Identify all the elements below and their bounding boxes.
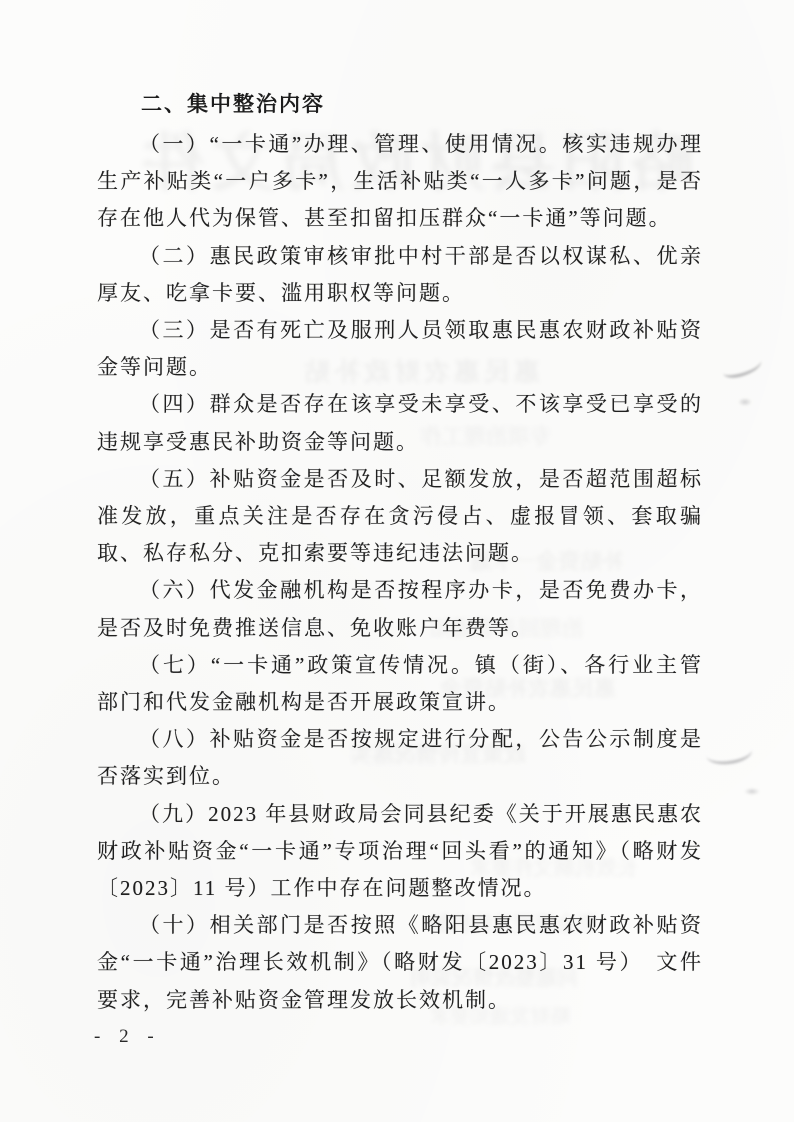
section-item-7: （七）“一卡通”政策宣传情况。镇（街）、各行业主管部门和代发金融机构是否开展政策… (97, 647, 703, 721)
page-number: - 2 - (94, 1026, 158, 1048)
section-item-5: （五）补贴资金是否及时、足额发放，是否超范围超标准发放，重点关注是否存在贪污侵占… (97, 461, 703, 573)
ink-smudge (738, 398, 752, 406)
section-item-3: （三）是否有死亡及服刑人员领取惠民惠农财政补贴资金等问题。 (97, 312, 703, 386)
ink-smudge (744, 788, 760, 795)
section-item-2: （二）惠民政策审核审批中村干部是否以权谋私、优亲厚友、吃拿卡要、滥用职权等问题。 (97, 238, 703, 312)
section-item-1: （一）“一卡通”办理、管理、使用情况。核实违规办理生产补贴类“一户多卡”，生活补… (97, 126, 703, 238)
section-item-9: （九）2023 年县财政局会同县纪委《关于开展惠民惠农财政补贴资金“一卡通”专项… (97, 796, 703, 908)
ink-smudge (720, 353, 763, 380)
document-body: 二、集中整治内容 （一）“一卡通”办理、管理、使用情况。核实违规办理生产补贴类“… (97, 86, 703, 1019)
section-item-6: （六）代发金融机构是否按程序办卡，是否免费办卡，是否及时免费推送信息、免收账户年… (97, 572, 703, 646)
section-item-4: （四）群众是否存在该享受未享受、不该享受已享受的违规享受惠民补助资金等问题。 (97, 386, 703, 460)
section-item-10: （十）相关部门是否按照《略阳县惠民惠农财政补贴资金“一卡通”治理长效机制》（略财… (97, 907, 703, 1019)
ink-smudge (704, 738, 753, 768)
section-item-8: （八）补贴资金是否按规定进行分配，公告公示制度是否落实到位。 (97, 721, 703, 795)
document-page: 略阳县财政局文件 惠民惠农财政补贴 专项治理工作 补贴资金一卡通 治理回头看通知… (0, 0, 794, 1122)
section-heading: 二、集中整治内容 (141, 86, 703, 123)
